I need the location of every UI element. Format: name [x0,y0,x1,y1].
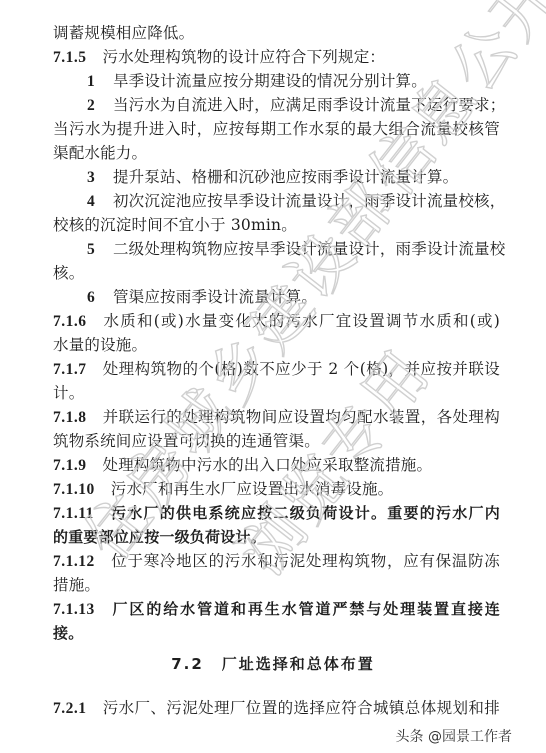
clause: 7.1.9处理构筑物中污水的出入口处应采取整流措施。 [53,453,500,477]
line-text: 水量的设施。 [53,336,147,354]
clause: 7.1.12位于寒冷地区的污水和污泥处理构筑物，应有保温防冻 [53,549,500,573]
clause: 7.1.10污水厂和再生水厂应设置出水消毒设施。 [53,477,500,501]
line-text: 提升泵站、格栅和沉砂池应按雨季设计流量计算。 [113,168,458,186]
line-text: 处理构筑物的个(格)数不应少于 2 个(格)，并应按并联设 [103,360,501,378]
line-text: 二级处理构筑物应按旱季设计流量设计，雨季设计流量校 [113,240,506,258]
list-item: 5二级处理构筑物应按旱季设计流量设计，雨季设计流量校 [53,237,500,261]
clause-text: 污水厂、污泥处理厂位置的选择应符合城镇总体规划和排 [103,699,501,717]
line-text: 污水厂的供电系统应按二级负荷设计。重要的污水厂内 [110,504,500,522]
line-text: 核。 [53,264,84,282]
clause-number: 7.1.12 [53,550,95,574]
list-item: 6管渠应按雨季设计流量计算。 [53,285,500,309]
line-text: 的重要部位应按一级负荷设计。 [53,528,266,546]
item-number: 3 [87,166,95,190]
line-text: 措施。 [53,576,100,594]
item-number: 6 [87,286,95,310]
line-text: 接。 [53,624,83,642]
line-text: 筑物系统间应设置可切换的连通管渠。 [53,432,320,450]
clause: 7.1.13厂区的给水管道和再生水管道严禁与处理装置直接连 [53,597,500,621]
item-number: 5 [87,238,95,262]
text-line: 接。 [53,621,500,645]
clause-number: 7.1.10 [53,478,95,502]
text-line: 核。 [53,261,500,285]
text-line: 当污水为提升进入时，应按每期工作水泵的最大组合流量校核管 [53,117,500,141]
clause-number: 7.1.5 [53,46,87,70]
clause-number: 7.2.1 [53,697,87,721]
item-number: 2 [87,94,95,118]
line-text: 调蓄规模相应降低。 [53,24,194,42]
clause: 7.1.11污水厂的供电系统应按二级负荷设计。重要的污水厂内 [53,501,500,525]
clause-number: 7.1.11 [53,502,94,526]
line-text: 位于寒冷地区的污水和污泥处理构筑物，应有保温防冻 [111,552,500,570]
text-line: 渠配水能力。 [53,141,500,165]
clause-number: 7.1.7 [53,358,87,382]
clause-7-2-1: 7.2.1污水厂、污泥处理厂位置的选择应符合城镇总体规划和排 [53,696,500,720]
text-line: 校核的沉淀时间不宜小于 30min。 [53,213,500,237]
section-number: 7.2 [171,655,204,673]
text-line: 调蓄规模相应降低。 [53,21,500,45]
text-line: 措施。 [53,573,500,597]
line-text: 污水处理构筑物的设计应符合下列规定： [103,48,386,66]
line-text: 水质和(或)水量变化大的污水厂宜设置调节水质和(或) [103,312,501,330]
list-item: 4初次沉淀池应按旱季设计流量设计，雨季设计流量校核， [53,189,500,213]
text-line: 水量的设施。 [53,333,500,357]
section-heading: 7.2厂址选择和总体布置 [0,652,546,676]
line-text: 校核的沉淀时间不宜小于 30min。 [53,216,297,234]
line-text: 厂区的给水管道和再生水管道严禁与处理装置直接连 [111,600,500,618]
line-text: 当污水为提升进入时，应按每期工作水泵的最大组合流量校核管 [53,120,500,138]
line-text: 渠配水能力。 [53,144,147,162]
text-line: 的重要部位应按一级负荷设计。 [53,525,500,549]
list-item: 2当污水为自流进入时，应满足雨季设计流量下运行要求； [53,93,500,117]
clause: 7.1.8并联运行的处理构筑物间应设置均匀配水装置，各处理构 [53,405,500,429]
text-line: 计。 [53,381,500,405]
line-text: 计。 [53,384,84,402]
clause-number: 7.1.9 [53,454,87,478]
clause: 7.1.7处理构筑物的个(格)数不应少于 2 个(格)，并应按并联设 [53,357,500,381]
section-title: 厂址选择和总体布置 [222,655,375,673]
clause-number: 7.1.8 [53,406,87,430]
clause-number: 7.1.6 [53,310,87,334]
clause: 7.1.6水质和(或)水量变化大的污水厂宜设置调节水质和(或) [53,309,500,333]
item-number: 1 [87,70,95,94]
list-item: 3提升泵站、格栅和沉砂池应按雨季设计流量计算。 [53,165,500,189]
clause: 7.1.5污水处理构筑物的设计应符合下列规定： [53,45,500,69]
list-item: 1旱季设计流量应按分期建设的情况分别计算。 [53,69,500,93]
line-text: 管渠应按雨季设计流量计算。 [113,288,317,306]
document-page: 调蓄规模相应降低。7.1.5污水处理构筑物的设计应符合下列规定：1旱季设计流量应… [0,0,546,753]
source-attribution: 头条 @园景工作者 [396,727,512,747]
clause-number: 7.1.13 [53,598,95,622]
line-text: 并联运行的处理构筑物间应设置均匀配水装置，各处理构 [103,408,501,426]
line-text: 旱季设计流量应按分期建设的情况分别计算。 [113,72,427,90]
line-text: 污水厂和再生水厂应设置出水消毒设施。 [111,480,394,498]
line-text: 当污水为自流进入时，应满足雨季设计流量下运行要求； [113,96,506,114]
line-text: 初次沉淀池应按旱季设计流量设计，雨季设计流量校核， [113,192,506,210]
line-text: 处理构筑物中污水的出入口处应采取整流措施。 [103,456,433,474]
text-line: 筑物系统间应设置可切换的连通管渠。 [53,429,500,453]
item-number: 4 [87,190,95,214]
